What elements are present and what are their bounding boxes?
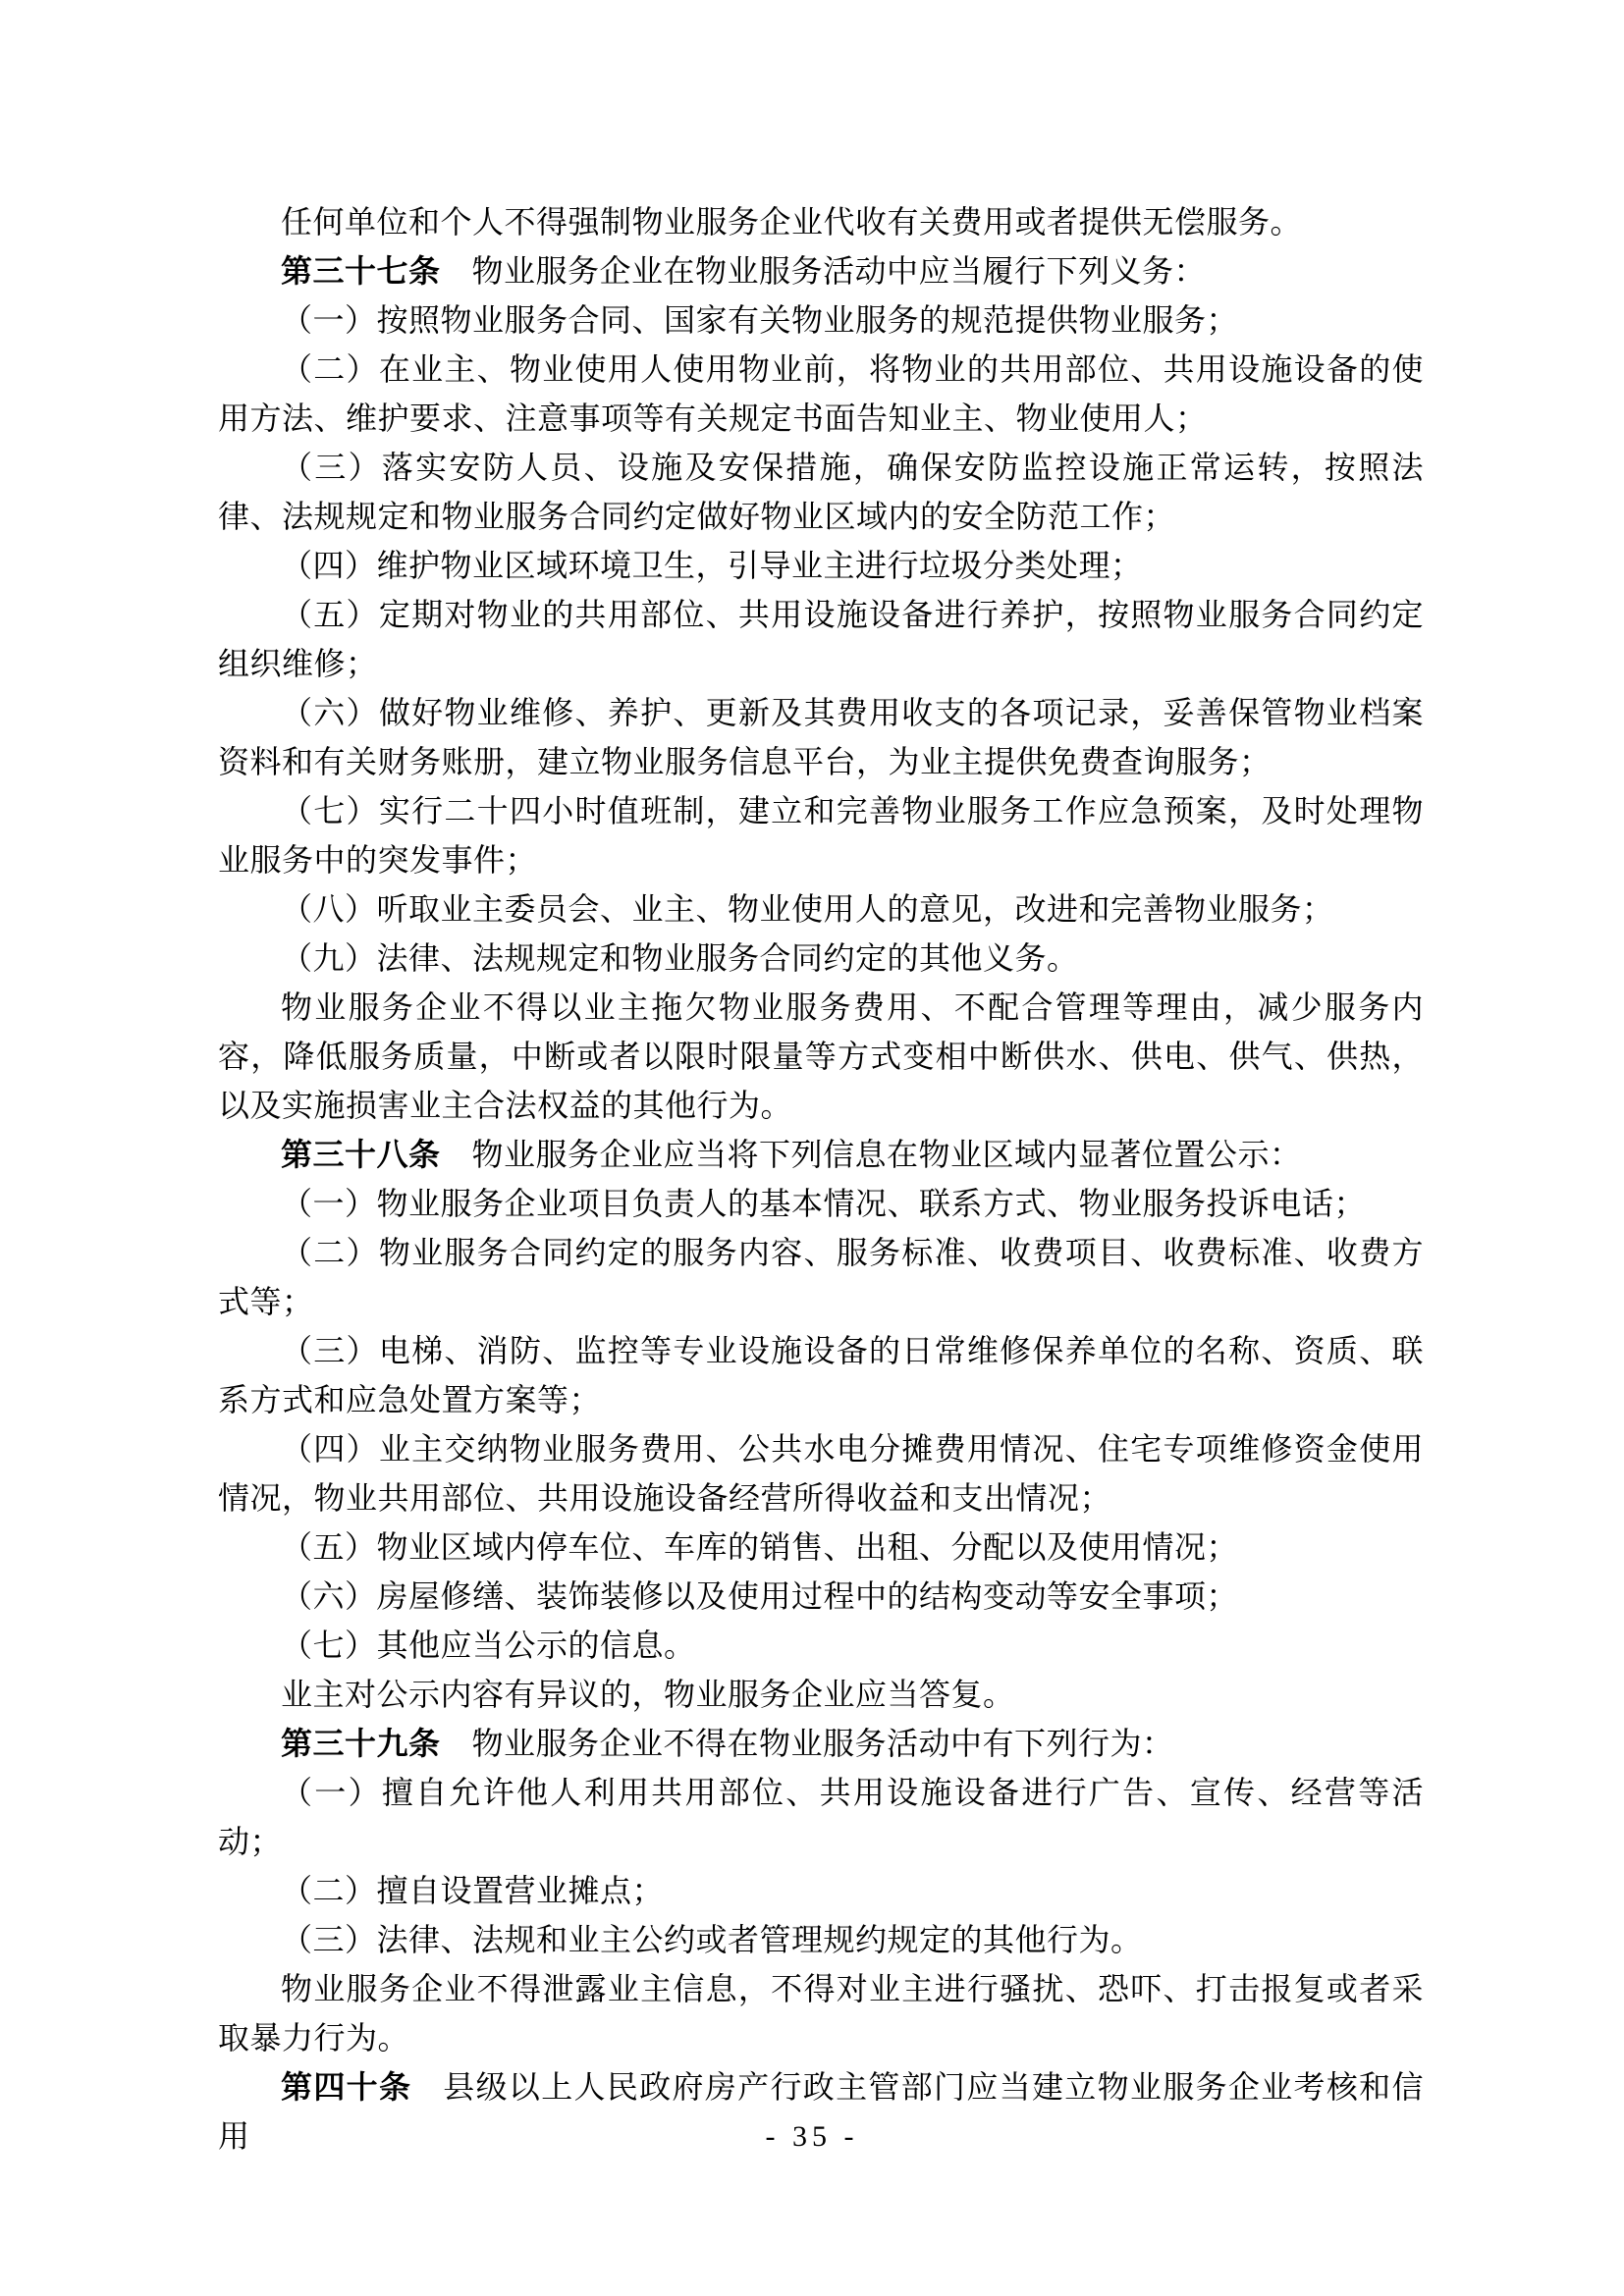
paragraph: （四）业主交纳物业服务费用、公共水电分摊费用情况、住宅专项维修资金使用情况，物业… [218, 1424, 1424, 1522]
paragraph: （一）擅自允许他人利用共用部位、共用设施设备进行广告、宣传、经营等活动； [218, 1768, 1424, 1866]
paragraph-text: （四）业主交纳物业服务费用、公共水电分摊费用情况、住宅专项维修资金使用情况，物业… [218, 1431, 1424, 1516]
article-number: 第三十八条 [281, 1137, 441, 1172]
article-number: 第四十条 [281, 2069, 411, 2105]
paragraph-text: （二）物业服务合同约定的服务内容、服务标准、收费项目、收费标准、收费方式等； [218, 1235, 1424, 1319]
paragraph-text: 物业服务企业在物业服务活动中应当履行下列义务： [472, 253, 1207, 289]
paragraph: （七）实行二十四小时值班制，建立和完善物业服务工作应急预案，及时处理物业服务中的… [218, 786, 1424, 884]
paragraph: （六）做好物业维修、养护、更新及其费用收支的各项记录，妥善保管物业档案资料和有关… [218, 688, 1424, 786]
paragraph-text: （四）维护物业区域环境卫生，引导业主进行垃圾分类处理； [281, 548, 1143, 583]
paragraph-text: （三）法律、法规和业主公约或者管理规约规定的其他行为。 [281, 1922, 1143, 1957]
paragraph: （三）落实安防人员、设施及安保措施，确保安防监控设施正常运转，按照法律、法规规定… [218, 443, 1424, 541]
paragraph: （三）法律、法规和业主公约或者管理规约规定的其他行为。 [218, 1915, 1424, 1964]
paragraph: （七）其他应当公示的信息。 [218, 1621, 1424, 1670]
paragraph: （二）在业主、物业使用人使用物业前，将物业的共用部位、共用设施设备的使用方法、维… [218, 345, 1424, 443]
paragraph-text: （二）在业主、物业使用人使用物业前，将物业的共用部位、共用设施设备的使用方法、维… [218, 351, 1424, 436]
paragraph: （五）物业区域内停车位、车库的销售、出租、分配以及使用情况； [218, 1522, 1424, 1572]
paragraph: （一）物业服务企业项目负责人的基本情况、联系方式、物业服务投诉电话； [218, 1179, 1424, 1228]
page-number: - 35 - [766, 2120, 859, 2153]
paragraph: （一）按照物业服务合同、国家有关物业服务的规范提供物业服务； [218, 295, 1424, 345]
paragraph: 业主对公示内容有异议的，物业服务企业应当答复。 [218, 1670, 1424, 1719]
paragraph: （三）电梯、消防、监控等专业设施设备的日常维修保养单位的名称、资质、联系方式和应… [218, 1326, 1424, 1424]
paragraph-text: 物业服务企业不得泄露业主信息，不得对业主进行骚扰、恐吓、打击报复或者采取暴力行为… [218, 1971, 1424, 2056]
paragraph-text: （三）电梯、消防、监控等专业设施设备的日常维修保养单位的名称、资质、联系方式和应… [218, 1333, 1424, 1417]
paragraph: （二）擅自设置营业摊点； [218, 1866, 1424, 1915]
paragraph-text: （八）听取业主委员会、业主、物业使用人的意见，改进和完善物业服务； [281, 891, 1334, 927]
paragraph: （五）定期对物业的共用部位、共用设施设备进行养护，按照物业服务合同约定组织维修； [218, 590, 1424, 688]
paragraph-text: （六）房屋修缮、装饰装修以及使用过程中的结构变动等安全事项； [281, 1578, 1238, 1614]
article-number: 第三十七条 [281, 253, 441, 289]
paragraph-text: （一）按照物业服务合同、国家有关物业服务的规范提供物业服务； [281, 302, 1238, 338]
document-page: 任何单位和个人不得强制物业服务企业代收有关费用或者提供无偿服务。第三十七条物业服… [0, 0, 1624, 2296]
paragraph-text: （二）擅自设置营业摊点； [281, 1873, 664, 1908]
paragraph-text: 物业服务企业应当将下列信息在物业区域内显著位置公示： [472, 1137, 1302, 1172]
paragraph: （二）物业服务合同约定的服务内容、服务标准、收费项目、收费标准、收费方式等； [218, 1228, 1424, 1326]
article-paragraph: 第三十八条物业服务企业应当将下列信息在物业区域内显著位置公示： [218, 1130, 1424, 1179]
paragraph: 物业服务企业不得泄露业主信息，不得对业主进行骚扰、恐吓、打击报复或者采取暴力行为… [218, 1964, 1424, 2062]
paragraph-text: （九）法律、法规规定和物业服务合同约定的其他义务。 [281, 940, 1079, 976]
paragraph-text: 物业服务企业不得在物业服务活动中有下列行为： [472, 1726, 1174, 1761]
paragraph-text: （三）落实安防人员、设施及安保措施，确保安防监控设施正常运转，按照法律、法规规定… [218, 450, 1424, 534]
paragraph: （九）法律、法规规定和物业服务合同约定的其他义务。 [218, 934, 1424, 983]
document-body: 任何单位和个人不得强制物业服务企业代收有关费用或者提供无偿服务。第三十七条物业服… [218, 197, 1424, 2161]
paragraph-text: （七）实行二十四小时值班制，建立和完善物业服务工作应急预案，及时处理物业服务中的… [218, 793, 1424, 878]
article-number: 第三十九条 [281, 1726, 441, 1761]
paragraph-text: （一）物业服务企业项目负责人的基本情况、联系方式、物业服务投诉电话； [281, 1186, 1366, 1221]
paragraph-text: 业主对公示内容有异议的，物业服务企业应当答复。 [281, 1677, 1015, 1712]
paragraph-text: 任何单位和个人不得强制物业服务企业代收有关费用或者提供无偿服务。 [281, 204, 1302, 240]
article-paragraph: 第三十七条物业服务企业在物业服务活动中应当履行下列义务： [218, 246, 1424, 295]
paragraph-text: （五）物业区域内停车位、车库的销售、出租、分配以及使用情况； [281, 1529, 1238, 1565]
paragraph: （六）房屋修缮、装饰装修以及使用过程中的结构变动等安全事项； [218, 1572, 1424, 1621]
page-footer: - 35 - [0, 2120, 1624, 2154]
paragraph-text: （一）擅自允许他人利用共用部位、共用设施设备进行广告、宣传、经营等活动； [218, 1775, 1424, 1859]
paragraph: （八）听取业主委员会、业主、物业使用人的意见，改进和完善物业服务； [218, 884, 1424, 934]
paragraph: （四）维护物业区域环境卫生，引导业主进行垃圾分类处理； [218, 541, 1424, 590]
paragraph-text: （六）做好物业维修、养护、更新及其费用收支的各项记录，妥善保管物业档案资料和有关… [218, 695, 1424, 779]
paragraph-text: 物业服务企业不得以业主拖欠物业服务费用、不配合管理等理由，减少服务内容，降低服务… [218, 989, 1424, 1123]
article-paragraph: 第三十九条物业服务企业不得在物业服务活动中有下列行为： [218, 1719, 1424, 1768]
paragraph: 物业服务企业不得以业主拖欠物业服务费用、不配合管理等理由，减少服务内容，降低服务… [218, 983, 1424, 1130]
paragraph-text: （七）其他应当公示的信息。 [281, 1628, 696, 1663]
paragraph: 任何单位和个人不得强制物业服务企业代收有关费用或者提供无偿服务。 [218, 197, 1424, 246]
paragraph-text: （五）定期对物业的共用部位、共用设施设备进行养护，按照物业服务合同约定组织维修； [218, 597, 1424, 681]
